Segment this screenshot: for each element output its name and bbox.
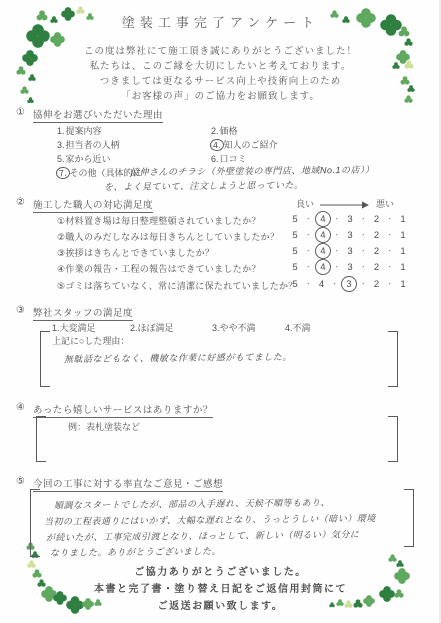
q1-option-number: 4. (210, 138, 225, 151)
scale-separator: ・ (360, 279, 367, 289)
intro-line: この度は弊社にて施工頂き誠にありがとうございました！ (0, 43, 441, 57)
rating-value-4: 4 (314, 242, 331, 259)
section5-title: 今回の工事に対する率直なご意見・ご感想 (33, 476, 223, 492)
q1-option-label: 提案内容 (66, 126, 102, 136)
q1-option-number: 2. (210, 126, 220, 136)
scale-separator: ・ (333, 230, 340, 240)
rating-value-2: 2 (370, 260, 384, 274)
scale-separator: ・ (360, 230, 367, 240)
rating-value-1: 1 (396, 244, 410, 258)
q1-option-other: 7.その他（具体的に (56, 166, 142, 179)
scale-separator: ・ (360, 246, 367, 256)
scale-separator: ・ (333, 246, 340, 256)
intro-line: 私たちは、このご縁を大切にしたいと考えております。 (0, 58, 441, 72)
rating-value-3: 3 (340, 275, 357, 292)
rating-value-2: 2 (370, 228, 384, 242)
q2-question: ④作業の報告・工程の報告はできていましたか？ (57, 262, 261, 275)
survey-scan-page: 塗装工事完了アンケート この度は弊社にて施工頂き誠にありがとうございました！ 私… (0, 0, 441, 623)
footer-line: 本書と完了書・塗り替え日記をご返信用封筒にて (0, 580, 441, 595)
q3-option: 2.ほぼ満足 (130, 321, 174, 334)
q1-option-label: 口コミ (220, 154, 247, 164)
scale-separator: ・ (305, 246, 312, 256)
q3-reason-label: 上記に○した理由： (52, 334, 129, 347)
scale-separator: ・ (305, 214, 312, 224)
rating-value-3: 3 (343, 212, 357, 226)
rating-value-2: 2 (370, 244, 384, 258)
q1-option-number: 5. (56, 154, 66, 164)
scale-separator: ・ (386, 279, 393, 289)
scale-separator: ・ (386, 230, 393, 240)
rating-value-1: 1 (396, 212, 410, 226)
rating-value-3: 3 (343, 244, 357, 258)
q1-option-label: 家から近い (66, 154, 111, 164)
rating-value-5: 5 (288, 260, 302, 274)
scale-separator: ・ (386, 246, 393, 256)
q1-handwritten-answer: 協伸さんのチラシ（外壁塗装の専門店、地域No.1の店）） (130, 163, 375, 179)
q3-option: 1.大変満足 (52, 321, 96, 334)
rating-value-1: 1 (396, 260, 410, 274)
q2-rating-strip: 5・4・3・2・1 (288, 276, 410, 292)
rating-value-1: 1 (396, 277, 410, 291)
q4-example-text: 例：表札塗装など (68, 420, 140, 433)
section3-title: 弊社スタッフの満足度 (33, 305, 133, 321)
section4-title: あったら嬉しいサービスはありますか？ (33, 402, 213, 418)
rating-value-4: 4 (314, 210, 331, 227)
q3-bracket-left (40, 331, 50, 387)
rating-value-1: 1 (396, 228, 410, 242)
scale-separator: ・ (333, 214, 340, 224)
rating-value-4: 4 (314, 226, 331, 243)
rating-value-5: 5 (288, 212, 302, 226)
scale-separator: ・ (360, 214, 367, 224)
q2-question: ③挨拶はきちんとできていましたか？ (57, 246, 214, 259)
q5-handwritten-line: 順調なスタートでしたが、部品の入手遅れ、天候不順等もあり、 (54, 496, 330, 512)
section5-marker: ⑤ (16, 476, 25, 487)
rating-value-4: 4 (314, 258, 331, 275)
rating-value-3: 3 (343, 228, 357, 242)
q1-option-number: 3. (56, 140, 66, 150)
q2-rating-strip: 5・4・3・2・1 (288, 259, 410, 275)
q1-option-label: 担当者の人柄 (66, 140, 120, 150)
rating-value-5: 5 (288, 277, 302, 291)
q1-handwritten-answer: を、よく見ていて、注文しようと思っていた。 (104, 178, 303, 193)
q1-option-number: 7. (56, 166, 71, 179)
intro-line: つきましては更なるサービス向上や技術向上のため (0, 73, 441, 87)
scale-separator: ・ (305, 279, 312, 289)
section4-marker: ④ (16, 402, 25, 413)
q3-option: 4.不満 (285, 321, 311, 334)
q2-rating-strip: 5・4・3・2・1 (288, 211, 410, 227)
q2-question: ①材料置き場は毎日整理整頓されていましたか？ (57, 214, 261, 227)
q1-option: 6.口コミ (210, 152, 247, 165)
scale-good-label: 良い (296, 197, 314, 210)
footer-line: ご協力ありがとうございました。 (0, 563, 441, 578)
rating-value-5: 5 (288, 244, 302, 258)
q5-bracket-left (30, 489, 40, 557)
q2-question: ②職人のみだしなみは毎日きちんとしていましたか？ (57, 230, 279, 243)
rating-value-4: 4 (315, 277, 329, 291)
q4-bracket-left (36, 416, 46, 462)
page-title: 塗装工事完了アンケート (0, 12, 441, 31)
q3-handwritten-answer: 無駄話などもなく、機敏な作業に好感がもてました。 (64, 350, 292, 365)
intro-line: 「お客様の声」のご協力をお願致します。 (0, 88, 441, 102)
q5-handwritten-line: なりました。ありがとうございました。 (50, 544, 221, 559)
q1-option-label: 価格 (220, 126, 238, 136)
footer-line: ご返送お願い致します。 (0, 597, 441, 612)
scale-bad-label: 悪い (376, 197, 394, 210)
q1-option: 2.価格 (210, 124, 238, 137)
scale-separator: ・ (305, 230, 312, 240)
q1-option-number: 1. (56, 126, 66, 136)
q5-handwritten-line: が続いたが、工事完成引渡となり、ほっとして、新しい（明るい）気分に (46, 527, 359, 543)
section2-marker: ② (16, 197, 25, 208)
rating-value-2: 2 (370, 212, 384, 226)
scale-separator: ・ (386, 262, 393, 272)
scale-separator: ・ (386, 214, 393, 224)
q5-bracket-right (404, 489, 414, 547)
section1-title: 協伸をお選びいただいた理由 (33, 107, 163, 123)
section2-title: 施工した職人の対応満足度 (33, 197, 153, 213)
q1-option-number: 6. (210, 154, 220, 164)
rating-value-3: 3 (343, 260, 357, 274)
q4-bracket-right (388, 416, 398, 462)
scale-arrow-icon (320, 201, 370, 209)
section3-marker: ③ (16, 305, 25, 316)
q1-option: 1.提案内容 (56, 124, 102, 137)
q1-option: 4.知人のご紹介 (210, 138, 278, 151)
q3-option: 3.やや不満 (212, 321, 256, 334)
q2-rating-strip: 5・4・3・2・1 (288, 243, 410, 259)
scale-separator: ・ (331, 279, 338, 289)
section1-marker: ① (16, 107, 25, 118)
rating-value-2: 2 (370, 277, 384, 291)
q3-bracket-right (388, 331, 398, 387)
q5-handwritten-line: 当初の工程表通りにはいかず、大幅な遅れとなり、うっとうしい（暗い）環境 (44, 511, 376, 527)
rating-value-5: 5 (288, 228, 302, 242)
q1-option: 3.担当者の人柄 (56, 138, 120, 151)
q1-option-label: 知人のご紹介 (224, 140, 278, 150)
q1-option: 5.家から近い (56, 152, 111, 165)
q2-question: ⑤ゴミは落ちていなく、常に清潔に保たれていましたか？ (57, 279, 298, 292)
scale-separator: ・ (305, 262, 312, 272)
scale-separator: ・ (333, 262, 340, 272)
scale-separator: ・ (360, 262, 367, 272)
q2-rating-strip: 5・4・3・2・1 (288, 227, 410, 243)
